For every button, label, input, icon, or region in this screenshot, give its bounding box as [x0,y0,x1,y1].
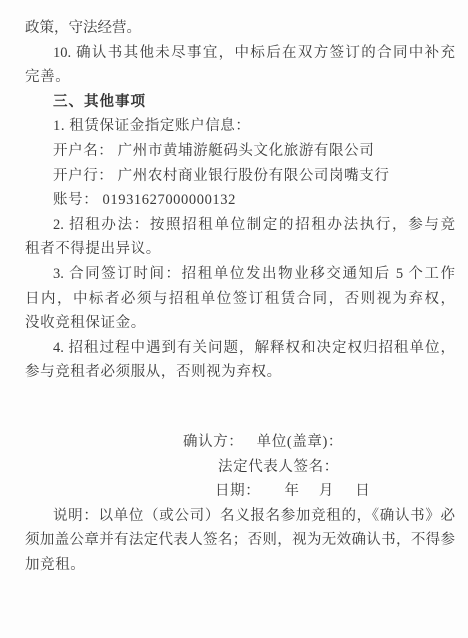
line-item3-3: 没收竞租保证金。 [25,311,455,336]
line-item10-1: 10. 确认书其他未尽事宜，中标后在双方签订的合同中补充 [25,41,455,66]
line-account-name: 开户名： 广州市黄埔游艇码头文化旅游有限公司 [25,139,455,164]
line-item4-1: 4. 招租过程中遇到有关问题，解释权和决定权归招租单位， [25,336,455,361]
line-item2-1: 2. 招租办法：按照招租单位制定的招租办法执行，参与竞 [25,213,455,238]
line-item2-2: 租者不得提出异议。 [25,237,455,262]
signature-line-confirm: 确认方： 单位(盖章)： [25,430,455,455]
line-account-number: 账号： 01931627000000132 [25,188,455,213]
line-item3-2: 日内，中标者必须与招租单位签订租赁合同，否则视为弃权， [25,287,455,312]
line-note-2: 须加盖公章并有法定代表人签名；否则，视为无效确认书，不得参 [25,528,455,553]
line-item1-account-info: 1. 租赁保证金指定账户信息： [25,114,455,139]
line-item10-2: 完善。 [25,65,455,90]
section-heading-other-matters: 三、其他事项 [25,90,455,115]
unit-seal-label: 单位(盖章)： [257,434,343,450]
confirm-party-label: 确认方： [183,434,243,450]
line-bank-name: 开户行： 广州农村商业银行股份有限公司岗嘴支行 [25,164,455,189]
line-note-1: 说明：以单位（或公司）名义报名参加竞租的，《确认书》必 [25,504,455,529]
month-label: 月 [319,483,334,499]
document-page: 政策，守法经营。 10. 确认书其他未尽事宜，中标后在双方签订的合同中补充 完善… [0,0,468,638]
day-label: 日 [355,483,370,499]
signature-line-legal-rep: 法定代表人签名： [25,455,455,480]
signature-line-date: 日期： 年 月 日 [25,479,455,504]
line-item4-2: 参与竞租者必须服从，否则视为弃权。 [25,360,455,385]
year-label: 年 [285,483,300,499]
line-item3-1: 3. 合同签订时间：招租单位发出物业移交通知后 5 个工作 [25,262,455,287]
line-note-3: 加竞租。 [25,553,455,578]
signature-gap [25,385,455,430]
date-label: 日期： [215,483,260,499]
line-policy-tail: 政策，守法经营。 [25,16,455,41]
legal-rep-label: 法定代表人签名： [218,459,339,475]
